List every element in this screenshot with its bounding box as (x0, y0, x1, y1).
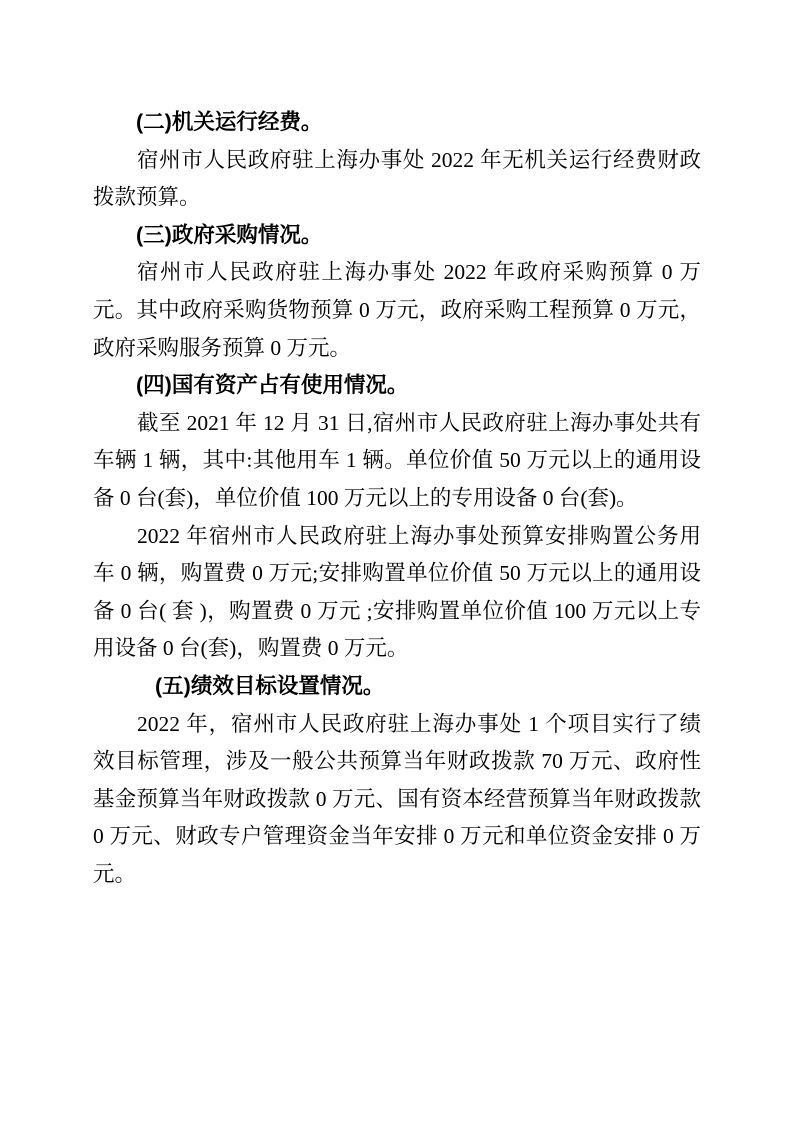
paragraph-performance-targets: 2022 年，宿州市人民政府驻上海办事处 1 个项目实行了绩效目标管理，涉及一般… (93, 706, 701, 894)
section-organ-operating-expenses: (二)机关运行经费。 宿州市人民政府驻上海办事处 2022 年无机关运行经费财政… (93, 104, 701, 217)
section-heading-organ-operating-expenses: (二)机关运行经费。 (93, 104, 701, 142)
paragraph-state-owned-assets-current: 截至 2021 年 12 月 31 日,宿州市人民政府驻上海办事处共有车辆 1 … (93, 405, 701, 518)
paragraph-organ-operating-expenses: 宿州市人民政府驻上海办事处 2022 年无机关运行经费财政拨款预算。 (93, 142, 701, 217)
section-heading-government-procurement: (三)政府采购情况。 (93, 217, 701, 255)
section-state-owned-assets: (四)国有资产占有使用情况。 截至 2021 年 12 月 31 日,宿州市人民… (93, 367, 701, 668)
document-text-block: (二)机关运行经费。 宿州市人民政府驻上海办事处 2022 年无机关运行经费财政… (93, 104, 701, 893)
document-page: (二)机关运行经费。 宿州市人民政府驻上海办事处 2022 年无机关运行经费财政… (0, 0, 793, 1122)
section-government-procurement: (三)政府采购情况。 宿州市人民政府驻上海办事处 2022 年政府采购预算 0 … (93, 217, 701, 367)
section-performance-targets: (五)绩效目标设置情况。 2022 年，宿州市人民政府驻上海办事处 1 个项目实… (93, 668, 701, 894)
paragraph-state-owned-assets-planned: 2022 年宿州市人民政府驻上海办事处预算安排购置公务用车 0 辆，购置费 0 … (93, 518, 701, 668)
paragraph-government-procurement: 宿州市人民政府驻上海办事处 2022 年政府采购预算 0 万元。其中政府采购货物… (93, 254, 701, 367)
section-heading-state-owned-assets: (四)国有资产占有使用情况。 (93, 367, 701, 405)
section-heading-performance-targets: (五)绩效目标设置情况。 (93, 668, 701, 706)
